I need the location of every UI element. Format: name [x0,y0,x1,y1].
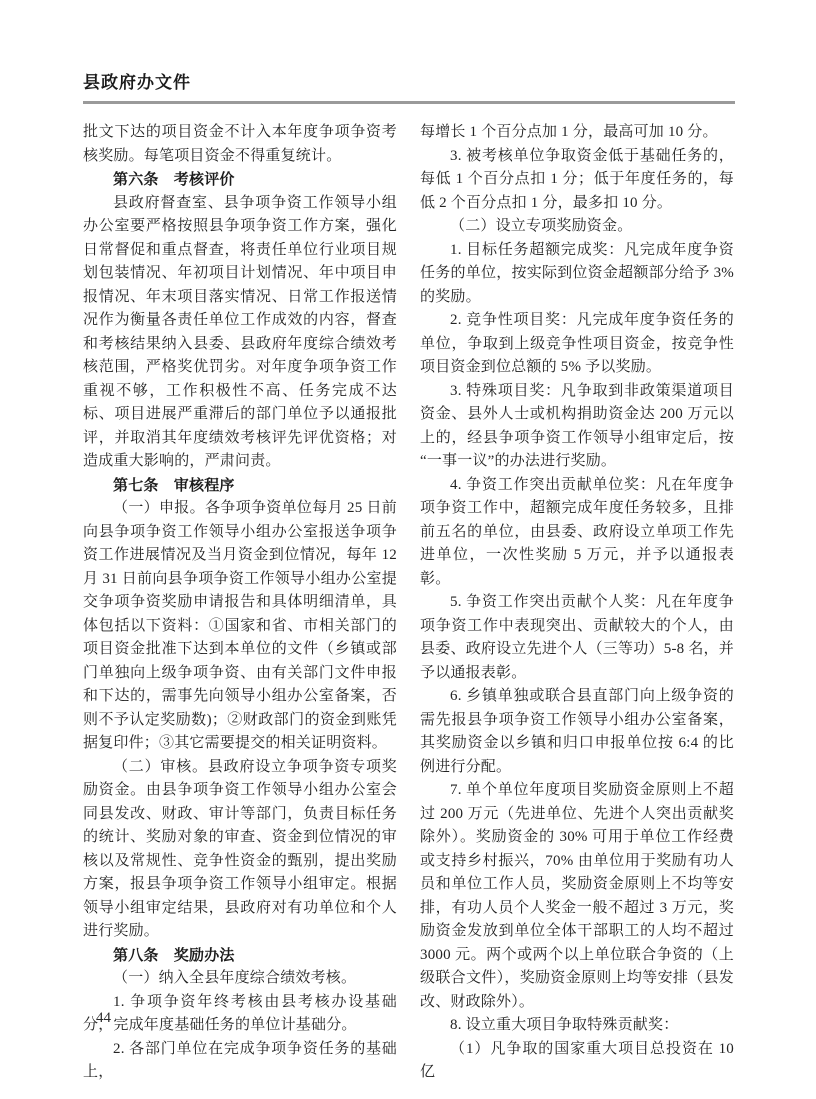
header-rule [83,101,735,104]
section-heading: 第七条 审核程序 [83,474,397,498]
paragraph: 3. 被考核单位争取资金低于基础任务的，每低 1 个百分点扣 1 分；低于年度任… [420,145,734,216]
right-column: 每增长 1 个百分点加 1 分，最高可加 10 分。3. 被考核单位争取资金低于… [420,121,734,1085]
section-heading: 第六条 考核评价 [83,168,397,192]
paragraph: （一）纳入全县年度综合绩效考核。 [83,967,397,991]
paragraph: 1. 争项争资年终考核由县考核办设基础分，完成年度基础任务的单位计基础分。 [83,991,397,1038]
page-header: 县政府办文件 [83,68,735,93]
paragraph: 2. 各部门单位在完成争项争资任务的基础上， [83,1038,397,1085]
paragraph: （一）申报。各争项争资单位每月 25 日前向县争项争资工作领导小组办公室报送争项… [83,497,397,756]
paragraph: 5. 争资工作突出贡献个人奖：凡在年度争项争资工作中表现突出、贡献较大的个人，由… [420,591,734,685]
paragraph: 1. 目标任务超额完成奖：凡完成年度争资任务的单位，按实际到位资金超额部分给予 … [420,239,734,310]
paragraph: 4. 争资工作突出贡献单位奖：凡在年度争项争资工作中，超额完成年度任务较多，且排… [420,474,734,592]
paragraph: （二）审核。县政府设立争项争资专项奖励资金。由县争项争资工作领导小组办公室会同县… [83,756,397,944]
paragraph: 县政府督查室、县争项争资工作领导小组办公室要严格按照县争项争资工作方案，强化日常… [83,192,397,474]
paragraph: 6. 乡镇单独或联合县直部门向上级争资的需先报县争项争资工作领导小组办公室备案，… [420,685,734,779]
paragraph: （二）设立专项奖励资金。 [420,215,734,239]
text-columns: 批文下达的项目资金不计入本年度争项争资考核奖励。每笔项目资金不得重复统计。第六条… [83,121,735,1085]
paragraph: 7. 单个单位年度项目奖励资金原则上不超过 200 万元（先进单位、先进个人突出… [420,779,734,1014]
paragraph: 每增长 1 个百分点加 1 分，最高可加 10 分。 [420,121,734,145]
paragraph: 3. 特殊项目奖：凡争取到非政策渠道项目资金、县外人士或机构捐助资金达 200 … [420,380,734,474]
section-heading: 第八条 奖励办法 [83,944,397,968]
paragraph: 2. 竞争性项目奖：凡完成年度争资任务的单位，争取到上级竞争性项目资金，按竞争性… [420,309,734,380]
document-page: 县政府办文件 批文下达的项目资金不计入本年度争项争资考核奖励。每笔项目资金不得重… [0,0,816,1099]
page-header-title: 县政府办文件 [83,73,191,92]
paragraph: 批文下达的项目资金不计入本年度争项争资考核奖励。每笔项目资金不得重复统计。 [83,121,397,168]
paragraph: （1）凡争取的国家重大项目总投资在 10 亿 [420,1038,734,1085]
paragraph: 8. 设立重大项目争取特殊贡献奖： [420,1014,734,1038]
left-column: 批文下达的项目资金不计入本年度争项争资考核奖励。每笔项目资金不得重复统计。第六条… [83,121,397,1085]
page-number: 44 [96,1010,111,1027]
